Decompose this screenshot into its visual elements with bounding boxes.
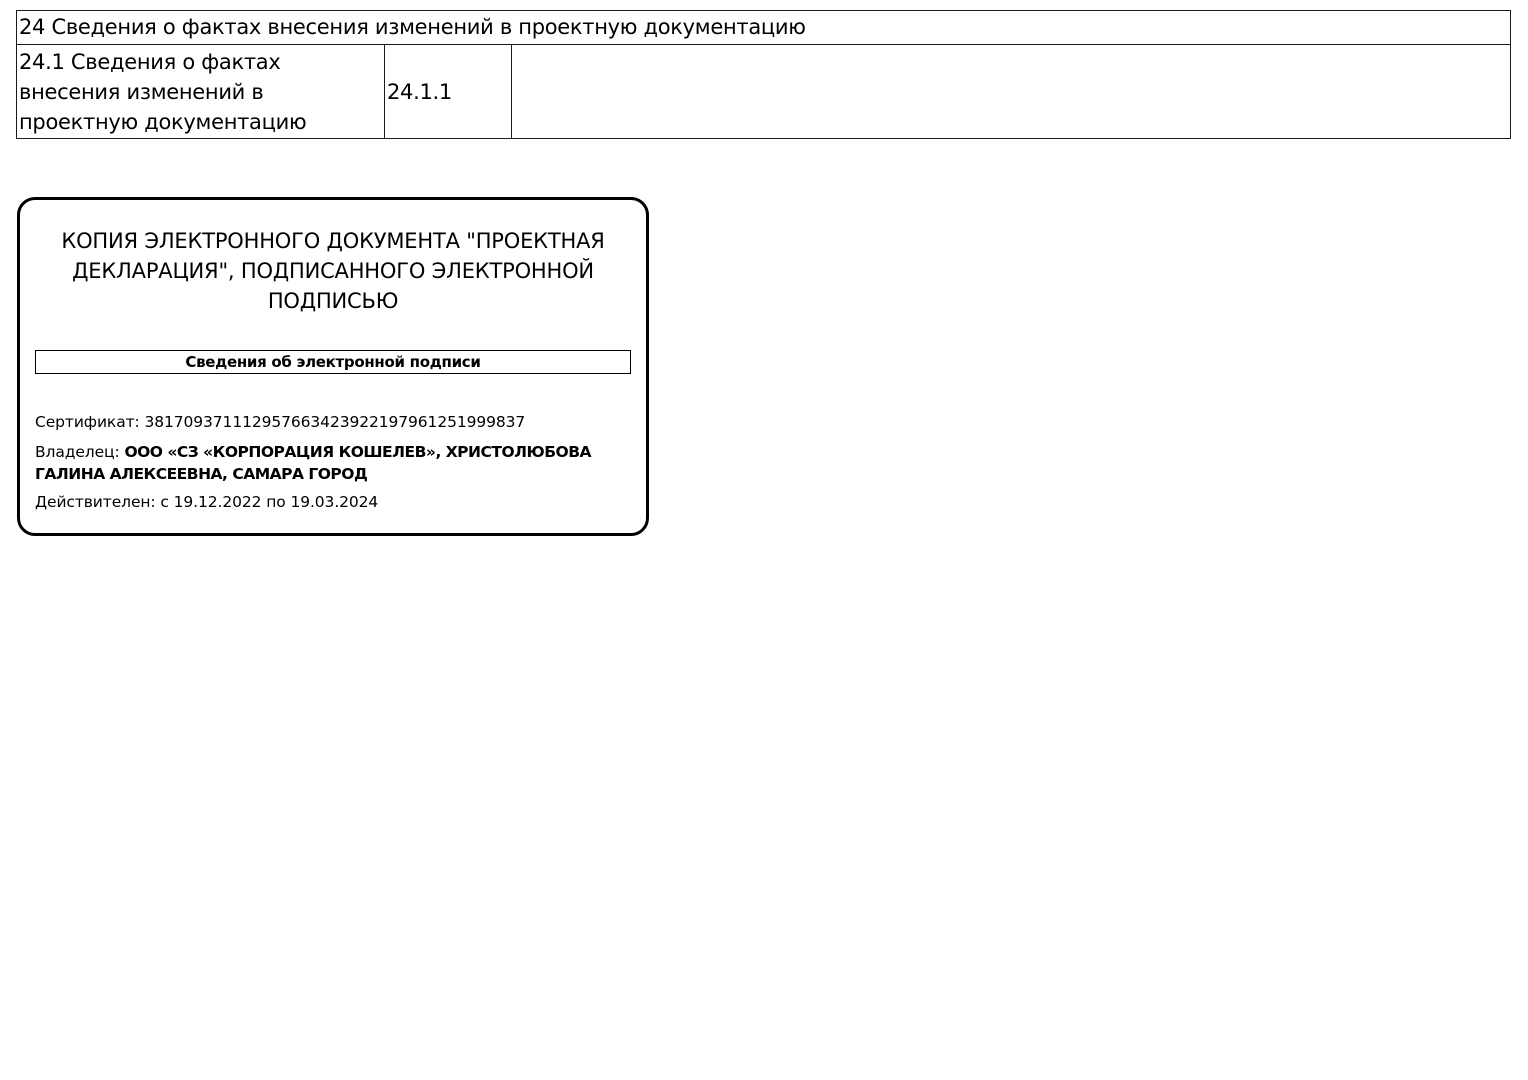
validity-line: Действителен: с 19.12.2022 по 19.03.2024 (35, 491, 635, 513)
certificate-label: Сертификат: (35, 413, 144, 431)
row-value (512, 45, 1511, 139)
section-header-row: 24 Сведения о фактах внесения изменений … (17, 11, 1511, 45)
row-code: 24.1.1 (385, 45, 512, 139)
table-row: 24.1 Сведения о фактах внесения изменени… (17, 45, 1511, 139)
section-header: 24 Сведения о фактах внесения изменений … (17, 11, 1511, 45)
validity-value: с 19.12.2022 по 19.03.2024 (160, 493, 378, 511)
stamp-title: КОПИЯ ЭЛЕКТРОННОГО ДОКУМЕНТА "ПРОЕКТНАЯ … (20, 226, 646, 316)
changes-table: 24 Сведения о фактах внесения изменений … (16, 10, 1511, 139)
certificate-line: Сертификат: 3817093711129576634239221979… (35, 411, 635, 433)
owner-label: Владелец: (35, 443, 124, 461)
owner-line: Владелец: ООО «СЗ «КОРПОРАЦИЯ КОШЕЛЕВ», … (35, 441, 635, 485)
e-signature-stamp: КОПИЯ ЭЛЕКТРОННОГО ДОКУМЕНТА "ПРОЕКТНАЯ … (17, 197, 649, 536)
signature-info-header: Сведения об электронной подписи (35, 350, 631, 374)
validity-label: Действителен: (35, 493, 160, 511)
row-label: 24.1 Сведения о фактах внесения изменени… (17, 45, 385, 139)
certificate-value: 381709371112957663423922197961251999837 (144, 413, 525, 431)
